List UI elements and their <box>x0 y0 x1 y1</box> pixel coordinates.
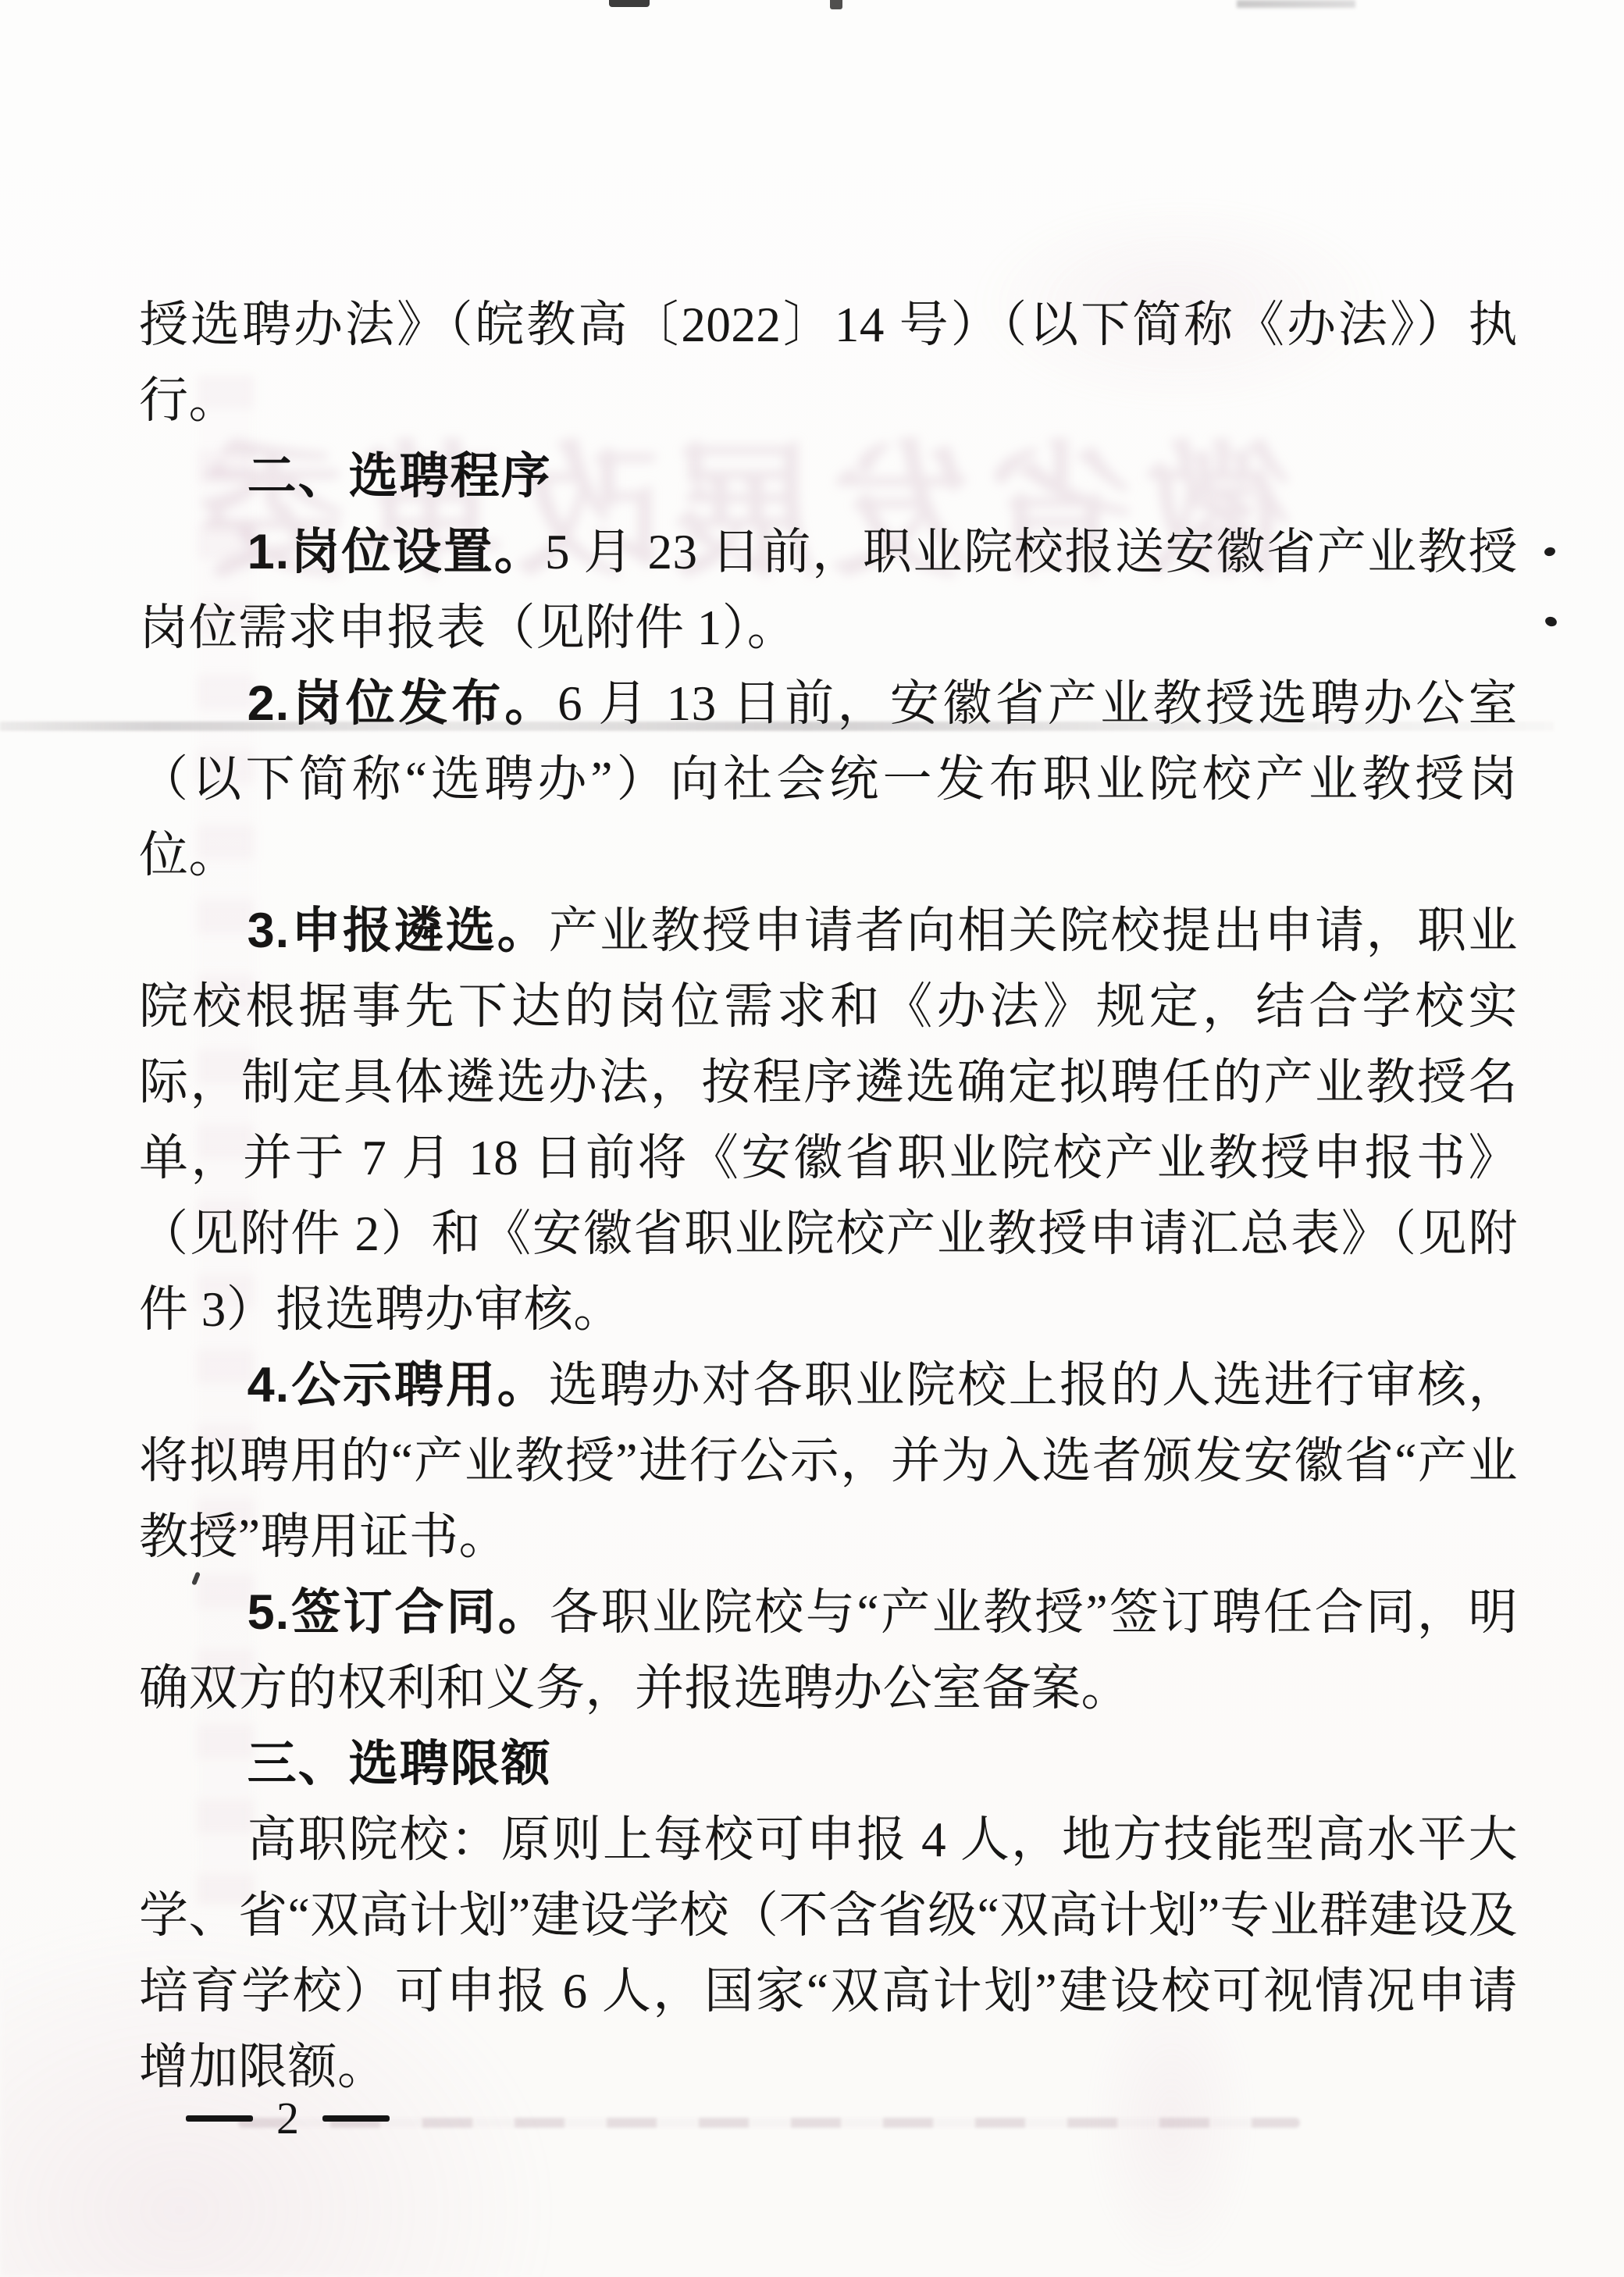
page-number-dash-right <box>322 2115 390 2122</box>
scanned-document-page: 徽省发展改革委 授选聘办法》（皖教高〔2022〕14 号）（以下简称《办法》）执… <box>0 0 1624 2277</box>
page-number-value: 2 <box>276 2096 299 2141</box>
section-heading-selection-quota: 三、选聘限额 <box>139 1726 1518 1802</box>
paragraph-quota: 高职院校：原则上每校可申报 4 人，地方技能型高水平大学、省“双高计划”建设学校… <box>139 1802 1518 2105</box>
top-edge-ink-fragment <box>1237 0 1355 8</box>
top-edge-ink-fragment <box>830 0 842 9</box>
ink-speck <box>1544 547 1556 558</box>
paragraph-step-position-setup: 1.岗位设置。5 月 23 日前，职业院校报送安徽省产业教授岗位需求申报表（见附… <box>139 515 1518 666</box>
paragraph-step-application-selection: 3.申报遴选。产业教授申请者向相关院校提出申请，职业院校根据事先下达的岗位需求和… <box>139 893 1518 1348</box>
paragraph-step-publicity-employment: 4.公示聘用。选聘办对各职业院校上报的人选进行审核，将拟聘用的“产业教授”进行公… <box>139 1348 1518 1575</box>
step-text-3: 产业教授申请者向相关院校提出申请，职业院校根据事先下达的岗位需求和《办法》规定，… <box>139 903 1518 1337</box>
scan-streak-artifact <box>238 2118 1300 2128</box>
step-label-4: 4.公示聘用。 <box>248 1358 549 1413</box>
ink-speck <box>1544 615 1558 628</box>
document-body: 授选聘办法》（皖教高〔2022〕14 号）（以下简称《办法》）执行。 二、选聘程… <box>139 287 1518 2105</box>
paragraph-continuation: 授选聘办法》（皖教高〔2022〕14 号）（以下简称《办法》）执行。 <box>139 287 1518 439</box>
continuation-text: 授选聘办法》（皖教高〔2022〕14 号）（以下简称《办法》）执行。 <box>139 298 1518 428</box>
step-label-1: 1.岗位设置。 <box>248 525 545 579</box>
step-label-3: 3.申报遴选。 <box>248 903 549 958</box>
step-label-2: 2.岗位发布。 <box>248 676 558 731</box>
paragraph-step-sign-contract: 5.签订合同。各职业院校与“产业教授”签订聘任合同，明确双方的权利和义务，并报选… <box>139 1575 1518 1726</box>
step-label-5: 5.签订合同。 <box>248 1585 550 1640</box>
page-number-dash-left <box>186 2115 253 2122</box>
paragraph-step-position-release: 2.岗位发布。6 月 13 日前，安徽省产业教授选聘办公室（以下简称“选聘办”）… <box>139 666 1518 893</box>
top-edge-ink-fragment <box>609 0 650 7</box>
page-number: 2 <box>186 2096 390 2141</box>
section-heading-selection-procedure: 二、选聘程序 <box>139 439 1518 515</box>
